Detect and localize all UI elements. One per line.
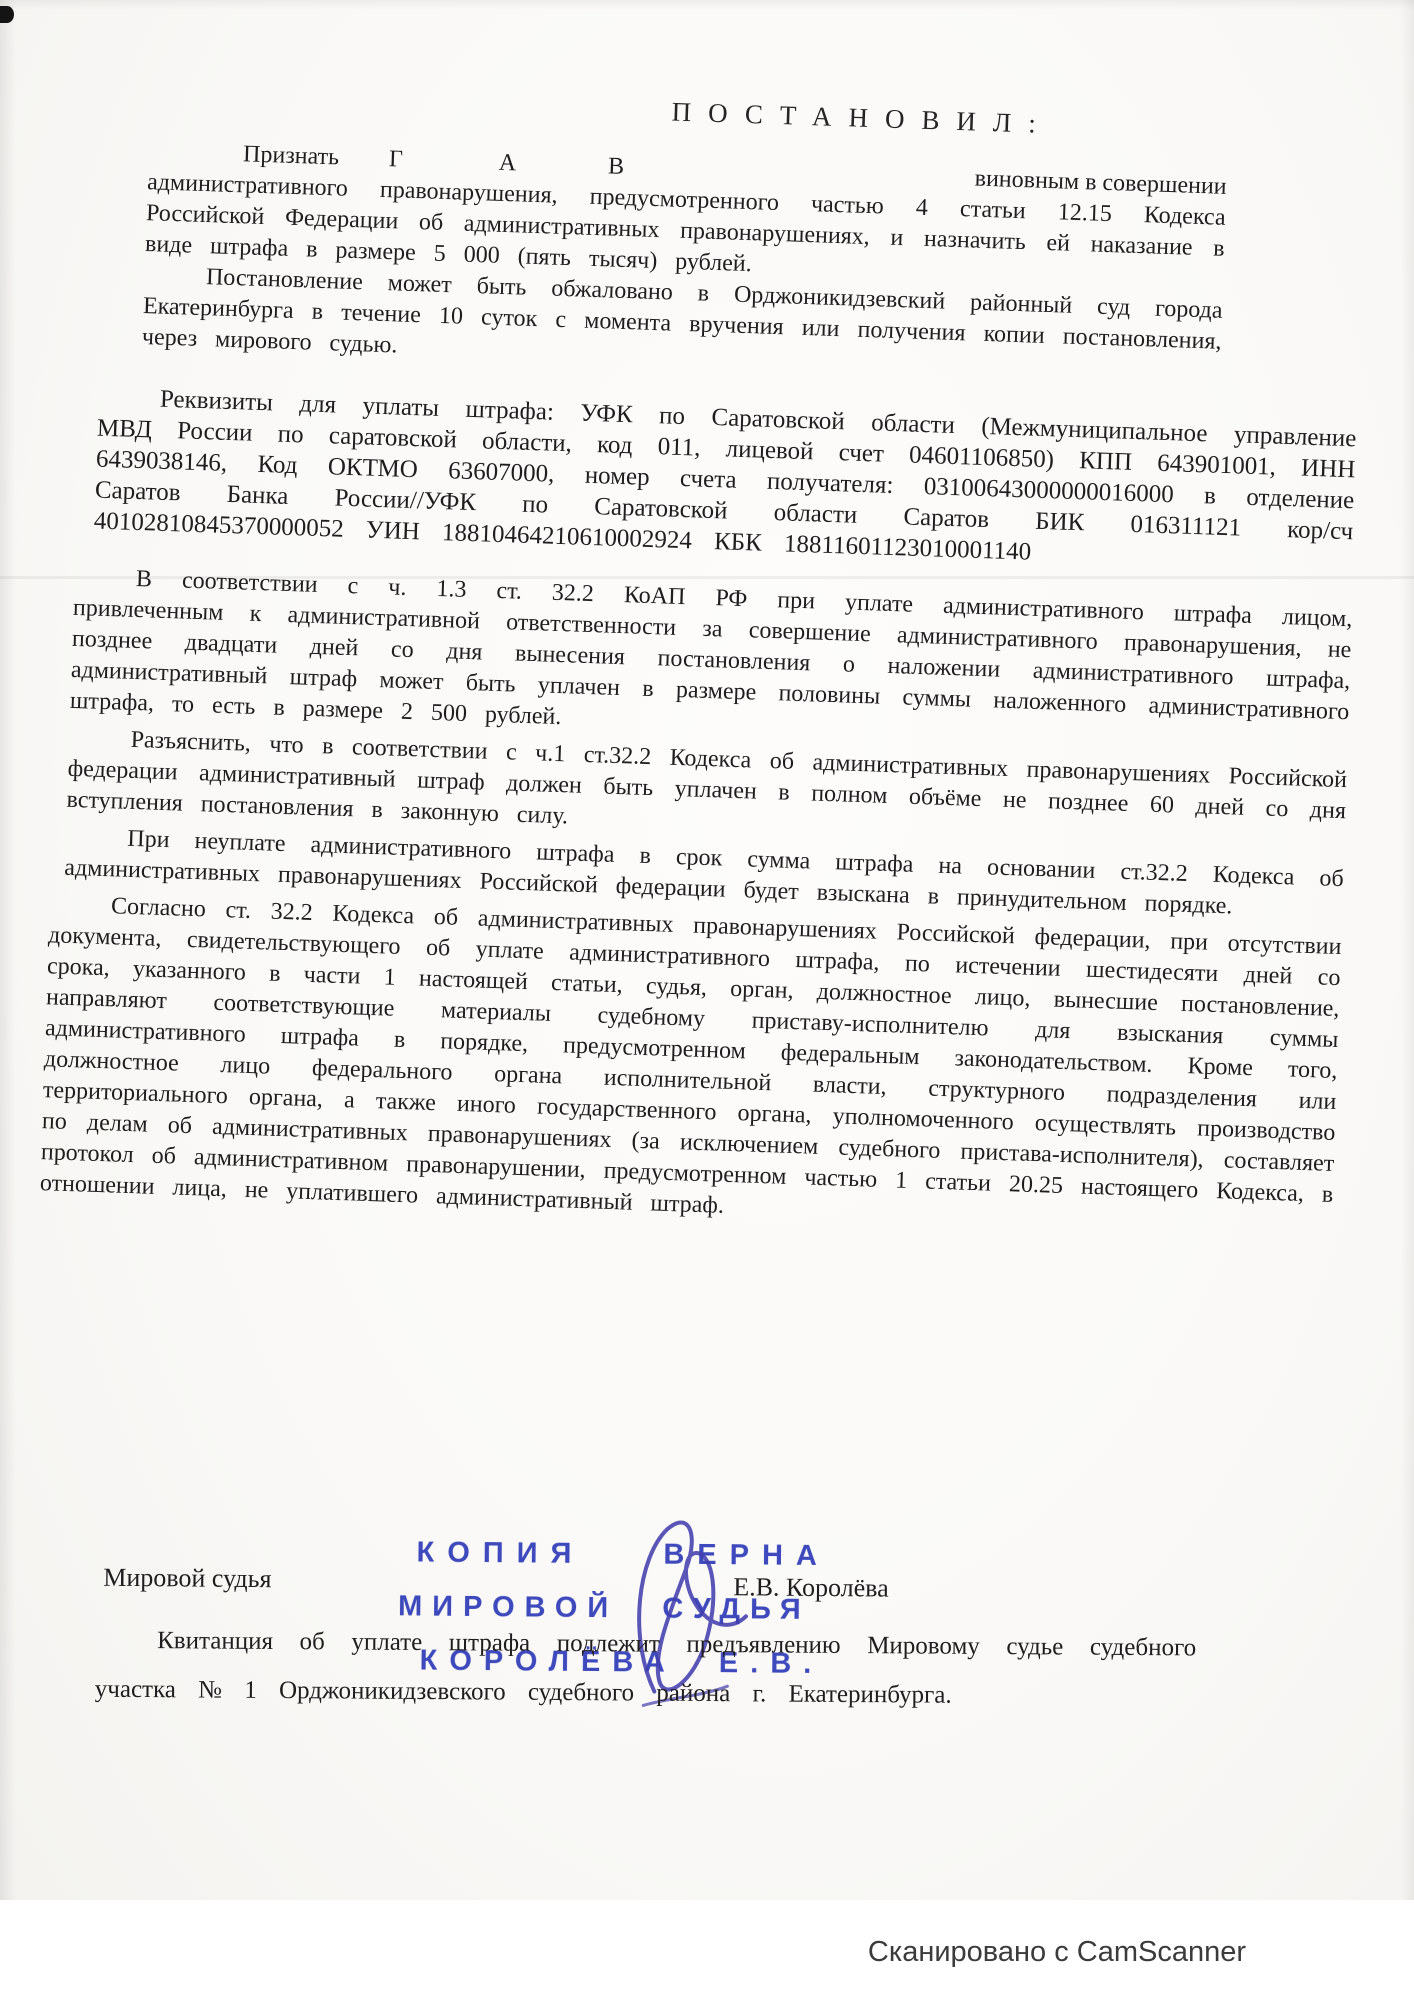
receipt-paragraph: Квитанция об уплате штрафа подлежит пред… <box>95 1616 1197 1722</box>
redacted-initial-3: В <box>608 151 625 183</box>
redacted-initial-1: Г <box>389 144 404 175</box>
scanned-court-order-page: ПОСТАНОВИЛ: Признать Г А В виновным в со… <box>0 0 1414 2000</box>
judge-label: Мировой судья <box>103 1563 271 1594</box>
document-title: ПОСТАНОВИЛ: <box>377 87 1346 150</box>
camscanner-watermark: Сканировано с CamScanner <box>868 1936 1246 1969</box>
receipt-section: Квитанция об уплате штрафа подлежит пред… <box>0 1615 1414 1723</box>
payment-requisites-paragraph: Реквизиты для уплаты штрафа: УФК по Сара… <box>93 382 1356 579</box>
redacted-initial-2: А <box>498 148 516 180</box>
judge-name: Е.В. Королёва <box>733 1572 889 1603</box>
document-body: ПОСТАНОВИЛ: Признать Г А В виновным в со… <box>0 0 1414 1244</box>
verdict-lead-word: Признать <box>243 139 340 173</box>
camscanner-footer: Сканировано с CamScanner <box>0 1900 1414 2000</box>
scan-artifact-speck <box>0 6 14 23</box>
enforcement-paragraph: Согласно ст. 32.2 Кодекса об администрат… <box>39 889 1342 1242</box>
